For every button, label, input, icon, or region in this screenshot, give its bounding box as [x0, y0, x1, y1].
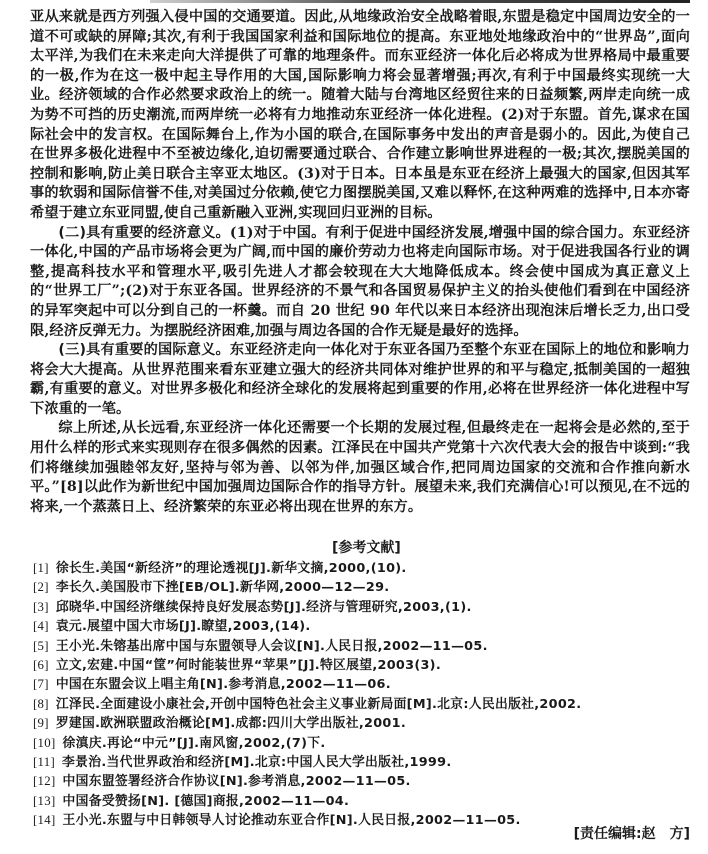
reference-number: [2]: [33, 578, 49, 597]
reference-number: [4]: [33, 617, 49, 636]
reference-text: 罗建国.欧洲联盟政治概论[M].成都:四川大学出版社,2001.: [56, 716, 406, 731]
reference-item: [2]李长久.美国股市下挫[EB/OL].新华网,2000—12—29.: [33, 578, 683, 597]
reference-text: 中国备受赞扬[N]. [德国]商报,2002—11—04.: [63, 794, 350, 809]
reference-item: [10]徐滇庆.再论“中元”[J].南风窗,2002,(7)下.: [33, 734, 683, 753]
reference-item: [3]邱晓华.中国经济继续保持良好发展态势[J].经济与管理研究,2003,(1…: [33, 598, 683, 617]
reference-number: [14]: [33, 811, 56, 830]
reference-item: [5]王小光.朱镕基出席中国与东盟领导人会议[N].人民日报,2002—11—0…: [33, 637, 683, 656]
reference-text: 江泽民.全面建设小康社会,开创中国特色社会主义事业新局面[M].北京:人民出版社…: [56, 697, 582, 712]
reference-number: [9]: [33, 714, 49, 733]
reference-number: [1]: [33, 559, 49, 578]
reference-text: 王小光.朱镕基出席中国与东盟领导人会议[N].人民日报,2002—11—05.: [56, 639, 488, 654]
reference-number: [3]: [33, 598, 49, 617]
reference-item: [11]李景治.当代世界政治和经济[M].北京:中国人民大学出版社,1999.: [33, 753, 683, 772]
reference-item: [6]立文,宏建.中国“筐”何时能装世界“苹果”[J].特区展望,2003(3)…: [33, 656, 683, 675]
section-heading: (二)具有重要的经济意义。: [58, 225, 229, 241]
reference-number: [7]: [33, 675, 49, 694]
reference-number: [12]: [33, 772, 56, 791]
reference-text: 王小光.东盟与中日韩领导人讨论推动东亚合作[N].人民日报,2002—11—05…: [63, 813, 521, 828]
reference-text: 邱晓华.中国经济继续保持良好发展态势[J].经济与管理研究,2003,(1).: [56, 600, 472, 615]
reference-item: [7]中国在东盟会议上唱主角[N].参考消息,2002—11—06.: [33, 675, 683, 694]
paragraph-text: 亚从来就是西方列强入侵中国的交通要道。因此,从地缘政治安全战略着眼,东盟是稳定中…: [30, 9, 690, 221]
paragraph-1: 亚从来就是西方列强入侵中国的交通要道。因此,从地缘政治安全战略着眼,东盟是稳定中…: [30, 8, 690, 224]
reference-item: [9]罗建国.欧洲联盟政治概论[M].成都:四川大学出版社,2001.: [33, 714, 683, 733]
reference-text: 袁元.展望中国大市场[J].瞭望,2003,(14).: [56, 619, 311, 634]
paragraph-international-significance: (三)具有重要的国际意义。东亚经济走向一体化对于东亚各国乃至整个东亚在国际上的地…: [30, 341, 690, 419]
reference-number: [11]: [33, 753, 55, 772]
reference-text: 立文,宏建.中国“筐”何时能装世界“苹果”[J].特区展望,2003(3).: [56, 658, 441, 673]
reference-text: 中国在东盟会议上唱主角[N].参考消息,2002—11—06.: [56, 677, 391, 692]
reference-item: [8]江泽民.全面建设小康社会,开创中国特色社会主义事业新局面[M].北京:人民…: [33, 695, 683, 714]
reference-number: [6]: [33, 656, 49, 675]
reference-item: [1]徐长生.美国“新经济”的理论透视[J].新华文摘,2000,(10).: [33, 559, 683, 578]
section-heading: (三)具有重要的国际意义。: [58, 342, 230, 358]
reference-item: [13]中国备受赞扬[N]. [德国]商报,2002—11—04.: [33, 792, 683, 811]
paragraph-text: 综上所述,从长远看,东亚经济一体化还需要一个长期的发展过程,但最终走在一起将会是…: [30, 420, 690, 514]
responsible-editor-note: [责任编辑:赵 方]: [574, 823, 690, 843]
reference-number: [5]: [33, 637, 49, 656]
paragraph-text: (1)对于中国。有利于促进中国经济发展,增强中国的综合国力。东亚经济一体化,中国…: [30, 225, 690, 339]
references-list: [1]徐长生.美国“新经济”的理论透视[J].新华文摘,2000,(10). […: [33, 559, 683, 831]
top-rule: [150, 0, 690, 3]
article-body: 亚从来就是西方列强入侵中国的交通要道。因此,从地缘政治安全战略着眼,东盟是稳定中…: [30, 8, 690, 517]
reference-item: [4]袁元.展望中国大市场[J].瞭望,2003,(14).: [33, 617, 683, 636]
references-title: [参考文献]: [332, 537, 401, 557]
reference-text: 中国东盟签署经济合作协议[N].参考消息,2002—11—05.: [63, 774, 411, 789]
reference-text: 徐长生.美国“新经济”的理论透视[J].新华文摘,2000,(10).: [56, 561, 407, 576]
reference-number: [10]: [33, 734, 56, 753]
reference-item: [12]中国东盟签署经济合作协议[N].参考消息,2002—11—05.: [33, 772, 683, 791]
reference-number: [13]: [33, 792, 56, 811]
paragraph-conclusion: 综上所述,从长远看,东亚经济一体化还需要一个长期的发展过程,但最终走在一起将会是…: [30, 419, 690, 517]
reference-text: 李长久.美国股市下挫[EB/OL].新华网,2000—12—29.: [56, 580, 390, 595]
paragraph-economic-significance: (二)具有重要的经济意义。(1)对于中国。有利于促进中国经济发展,增强中国的综合…: [30, 224, 690, 342]
reference-text: 徐滇庆.再论“中元”[J].南风窗,2002,(7)下.: [63, 736, 326, 751]
reference-text: 李景治.当代世界政治和经济[M].北京:中国人民大学出版社,1999.: [62, 755, 451, 770]
reference-number: [8]: [33, 695, 49, 714]
